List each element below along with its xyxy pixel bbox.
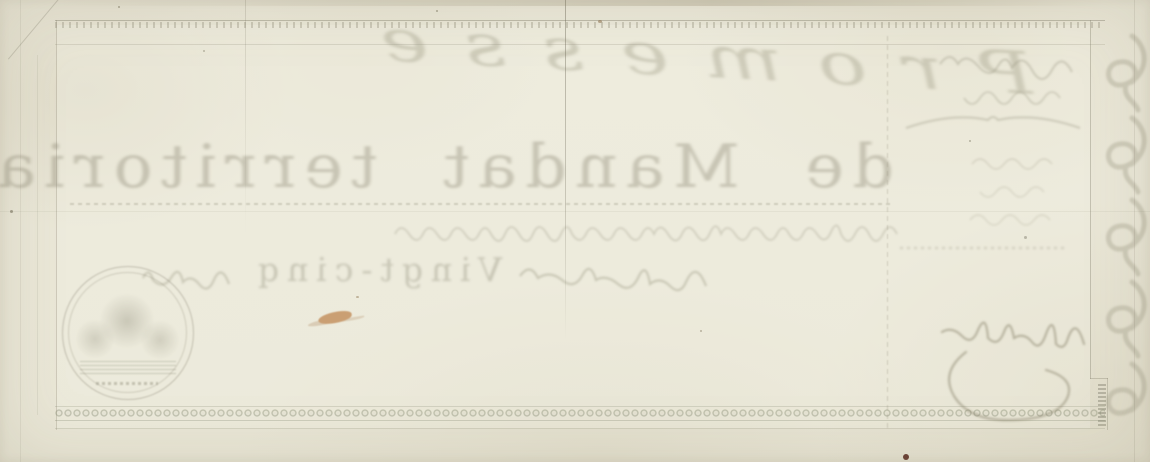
edge-vignette	[0, 0, 1150, 462]
banknote-back: Promesse de Mandat territorial Vingt-cin…	[0, 0, 1150, 462]
